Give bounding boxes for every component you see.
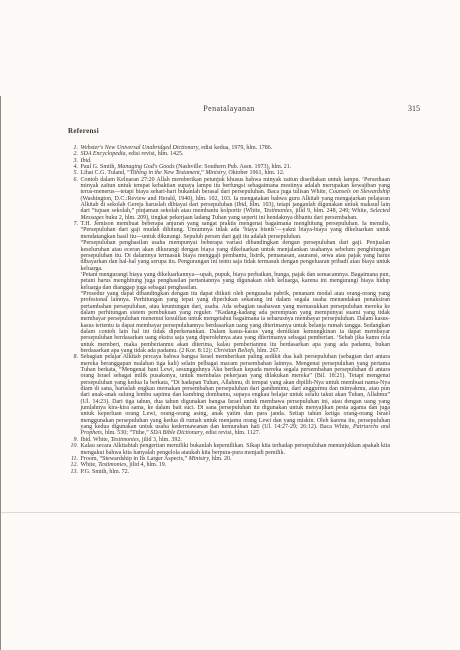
reference-number: 8.: [68, 354, 78, 436]
references-section: Referensi 1.Webster's New Universal Unab…: [68, 127, 390, 475]
book-page: Penatalayanan 315 Referensi 1.Webster's …: [0, 0, 460, 650]
running-head: Penatalayanan: [68, 104, 390, 113]
reference-item: 7.T.H. Jemison membuat beberapa anjuran …: [68, 221, 390, 354]
reference-text: Contoh dalam Keluaran 27:20 Allah member…: [81, 177, 391, 221]
page-header: Penatalayanan 315: [68, 104, 420, 116]
scan-line-artifact: [0, 512, 460, 513]
section-heading: Referensi: [68, 127, 390, 135]
reference-text: Sebagian pelajar Alkitab percaya bahwa b…: [81, 354, 391, 436]
reference-text: T.H. Jemison membuat beberapa anjuran ya…: [81, 221, 391, 354]
reference-number: 10.: [68, 443, 78, 456]
reference-number: 13.: [68, 469, 78, 475]
reference-item: 6.Contoh dalam Keluaran 27:20 Allah memb…: [68, 177, 390, 221]
reference-item: 10.Kalau secara Alkitabiah pengertian me…: [68, 443, 390, 456]
reference-text: Kalau secara Alkitabiah pengertian memil…: [81, 443, 391, 456]
reference-item: 13.P.G. Smith, hlm. 72.: [68, 469, 390, 475]
page-number: 315: [408, 104, 420, 113]
reference-number: 6.: [68, 177, 78, 221]
reference-number: 7.: [68, 221, 78, 354]
reference-text: P.G. Smith, hlm. 72.: [81, 469, 391, 475]
references-list: 1.Webster's New Universal Unabridged Dic…: [68, 145, 390, 475]
scan-edge-artifact: [0, 96, 1, 650]
reference-item: 8.Sebagian pelajar Alkitab percaya bahwa…: [68, 354, 390, 436]
